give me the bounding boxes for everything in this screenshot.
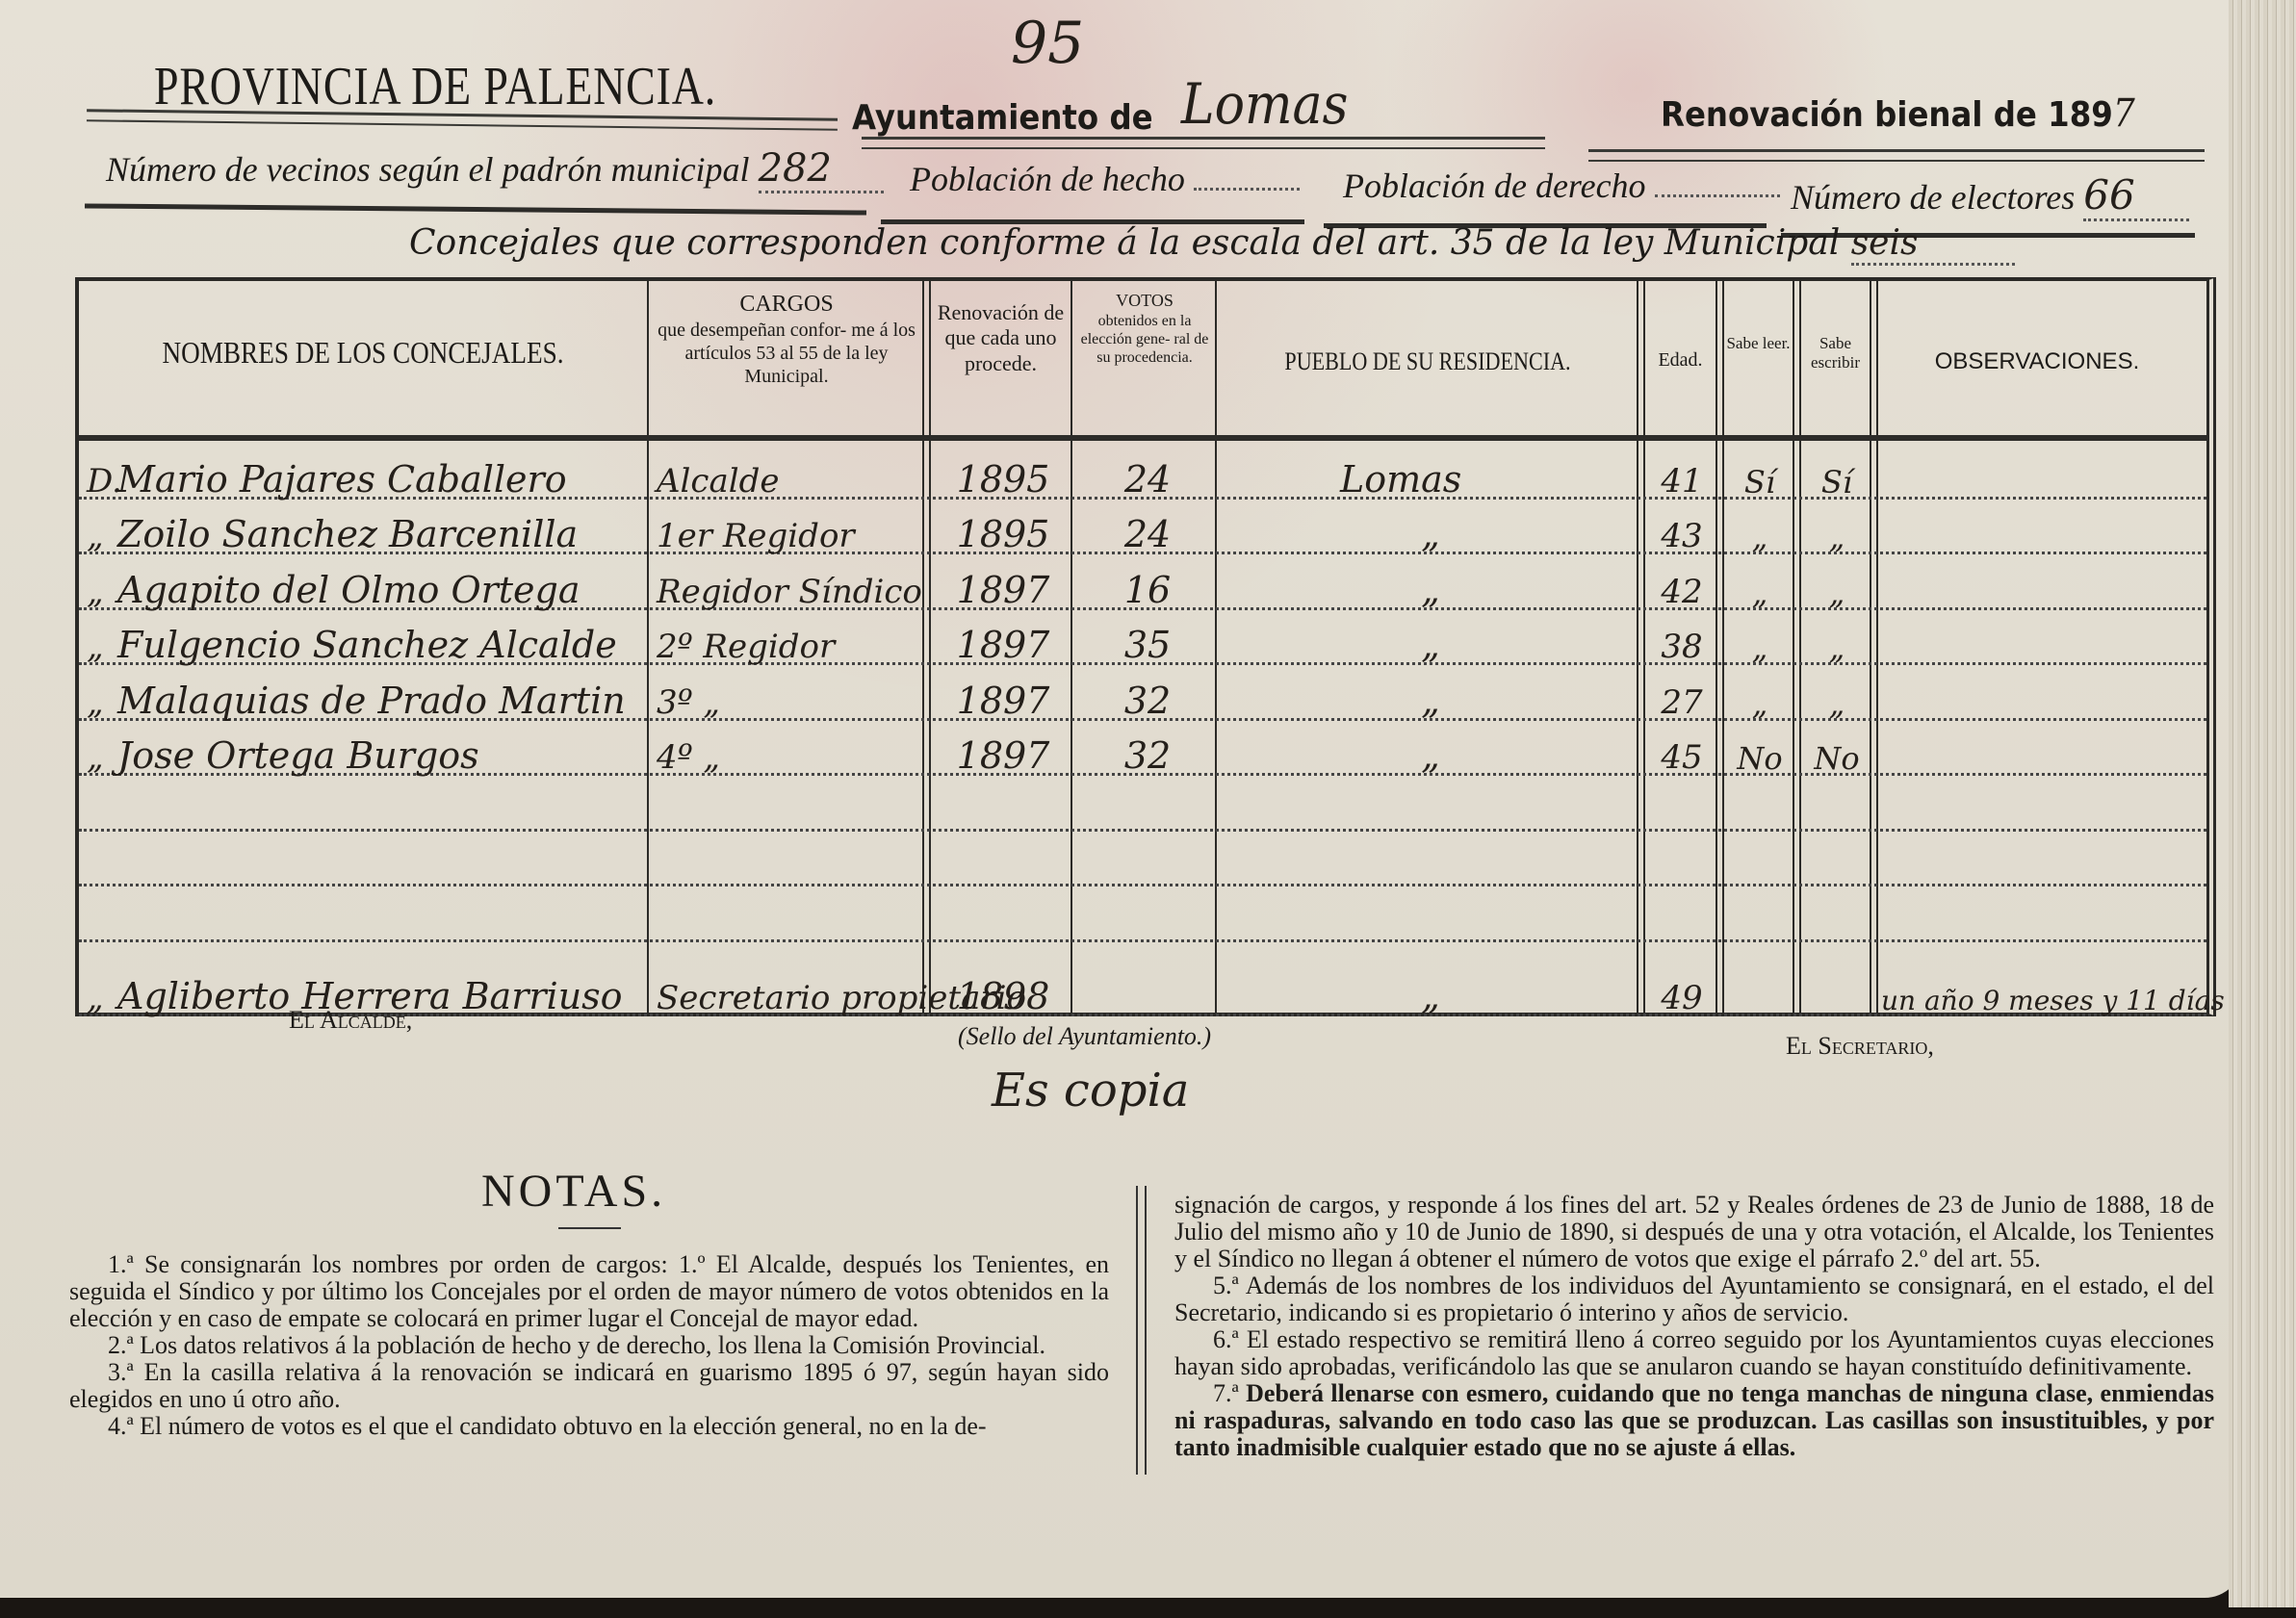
- column-header-nombres: NOMBRES DE LOS CONCEJALES.: [121, 334, 605, 371]
- table-cell-votos: 16: [1080, 569, 1215, 611]
- table-cell-edad: 45: [1648, 738, 1716, 777]
- note-1: 1.ª Se consignarán los nombres por orden…: [69, 1251, 1109, 1332]
- table-cell-cargo: 3º „: [657, 683, 922, 722]
- table-cell-votos: 24: [1080, 513, 1215, 555]
- table-cell-renovacion: 1895: [936, 513, 1071, 555]
- table-cell-edad: 42: [1648, 573, 1716, 611]
- sello-label: (Sello del Ayuntamiento.): [958, 1022, 1211, 1051]
- table-cell-renovacion: 1895: [936, 458, 1071, 501]
- table-cell-pueblo: „: [1225, 680, 1637, 722]
- table-cell-cargo: Secretario propietario: [657, 979, 922, 1017]
- book-page-edges: [2229, 0, 2296, 1607]
- electores-value: 66: [2083, 171, 2189, 221]
- table-cell-nombre: Mario Pajares Caballero: [117, 458, 647, 501]
- table-cell-edad: 41: [1648, 462, 1716, 501]
- table-cell-renovacion: 1897: [936, 569, 1071, 611]
- renovacion-label: Renovación bienal de 189: [1661, 95, 2113, 135]
- notes-column-divider: [1136, 1186, 1147, 1475]
- notes-right-column: signación de cargos, y responde á los fi…: [1174, 1192, 2214, 1461]
- note-7: Deberá llenarse con esmero, cuidando que…: [1174, 1379, 2214, 1461]
- cargos-title: CARGOS: [651, 291, 922, 319]
- table-cell-votos: 32: [1080, 680, 1215, 722]
- vecinos-value: 282: [759, 146, 884, 193]
- table-cell-renovacion: 1897: [936, 734, 1071, 777]
- header-rule: [862, 137, 1545, 149]
- concejales-table: NOMBRES DE LOS CONCEJALES. CARGOS que de…: [75, 277, 2216, 1016]
- table-cell-escribir: „: [1804, 685, 1870, 722]
- table-row-line: [79, 939, 2206, 942]
- note-4-continuation: signación de cargos, y responde á los fi…: [1174, 1192, 2214, 1272]
- vecinos-label: Número de vecinos según el padrón munici…: [106, 150, 750, 189]
- poblacion-derecho-label: Población de derecho: [1343, 167, 1646, 205]
- table-cell-renovacion: 1897: [936, 680, 1071, 722]
- table-cell-cargo: 1er Regidor: [657, 517, 922, 555]
- alcalde-signature-label: El Alcalde,: [289, 1006, 412, 1035]
- table-cell-leer: No: [1727, 740, 1793, 777]
- table-cell-escribir: „: [1804, 629, 1870, 666]
- table-cell-pueblo: „: [1225, 569, 1637, 611]
- concejales-value: seis: [1851, 223, 2015, 266]
- table-cell-renovacion: 1898: [936, 975, 1071, 1017]
- column-header-sabe-escribir: Sabe escribir: [1801, 334, 1870, 373]
- note-2: 2.ª Los datos relativos á la población d…: [69, 1332, 1109, 1359]
- votos-subtitle: obtenidos en la elección gene- ral de su…: [1074, 312, 1215, 368]
- table-cell-pueblo: „: [1225, 975, 1637, 1017]
- table-cell-escribir: Sí: [1804, 464, 1870, 501]
- header-rule: [85, 203, 866, 215]
- table-cell-cargo: Alcalde: [657, 462, 922, 501]
- table-cell-nombre: Jose Ortega Burgos: [117, 734, 647, 777]
- column-header-sabe-leer: Sabe leer.: [1724, 334, 1793, 353]
- column-header-renovacion: Renovación de que cada uno procede.: [931, 300, 1071, 376]
- table-cell-edad: 49: [1648, 979, 1716, 1017]
- header-rule: [1588, 149, 2205, 162]
- table-cell-cargo: 2º Regidor: [657, 628, 922, 666]
- table-cell-votos: 35: [1080, 624, 1215, 666]
- table-cell-pueblo: „: [1225, 513, 1637, 555]
- table-cell-escribir: „: [1804, 575, 1870, 611]
- table-cell-nombre: Zoilo Sanchez Barcenilla: [117, 513, 647, 555]
- electores-label: Número de electores: [1791, 178, 2075, 217]
- votos-title: VOTOS: [1074, 291, 1215, 312]
- note-3: 3.ª En la casilla relativa á la renovaci…: [69, 1359, 1109, 1413]
- cargos-subtitle: que desempeñan confor- me á los artículo…: [651, 319, 922, 388]
- table-cell-nombre: Fulgencio Sanchez Alcalde: [117, 624, 647, 666]
- notes-title-rule: [558, 1227, 621, 1229]
- ayuntamiento-value: Lomas: [1164, 71, 1510, 140]
- table-cell-nombre: Malaquias de Prado Martin: [117, 680, 647, 722]
- table-cell-edad: 43: [1648, 517, 1716, 555]
- document-number: 95: [1011, 10, 1084, 77]
- note-5: 5.ª Además de los nombres de los individ…: [1174, 1272, 2214, 1326]
- table-row-line: [79, 884, 2206, 886]
- table-cell-leer: „: [1727, 685, 1793, 722]
- table-cell-pueblo: „: [1225, 624, 1637, 666]
- table-cell-renovacion: 1897: [936, 624, 1071, 666]
- poblacion-derecho-value: [1655, 171, 1780, 197]
- table-cell-escribir: No: [1804, 740, 1870, 777]
- column-header-votos: VOTOS obtenidos en la elección gene- ral…: [1074, 291, 1215, 367]
- header-separator: [79, 435, 2206, 441]
- table-cell-leer: Sí: [1727, 464, 1793, 501]
- table-cell-votos: 24: [1080, 458, 1215, 501]
- poblacion-hecho-value: [1194, 165, 1300, 191]
- table-cell-escribir: „: [1804, 519, 1870, 555]
- note-4: 4.ª El número de votos es el que el cand…: [69, 1413, 1109, 1440]
- table-cell-edad: 27: [1648, 683, 1716, 722]
- es-copia-annotation: Es copia: [992, 1064, 1189, 1117]
- document-page: PROVINCIA DE PALENCIA. 95 Ayuntamiento d…: [0, 0, 2243, 1598]
- notes-title: NOTAS.: [481, 1165, 666, 1218]
- note-7-number: 7.ª: [1213, 1379, 1239, 1407]
- column-header-pueblo: PUEBLO DE SU RESIDENCIA.: [1251, 347, 1606, 376]
- poblacion-hecho-label: Población de hecho: [910, 160, 1185, 198]
- table-cell-cargo: Regidor Síndico: [657, 573, 922, 611]
- table-cell-nombre: Agapito del Olmo Ortega: [117, 569, 647, 611]
- column-header-cargos: CARGOS que desempeñan confor- me á los a…: [651, 291, 922, 388]
- notes-left-column: 1.ª Se consignarán los nombres por orden…: [69, 1251, 1109, 1440]
- table-cell-leer: „: [1727, 575, 1793, 611]
- table-cell-cargo: 4º „: [657, 738, 922, 777]
- secretario-signature-label: El Secretario,: [1786, 1032, 1934, 1061]
- table-cell-votos: 32: [1080, 734, 1215, 777]
- column-header-edad: Edad.: [1645, 348, 1716, 372]
- ayuntamiento-label: Ayuntamiento de: [852, 98, 1153, 138]
- province-title: PROVINCIA DE PALENCIA.: [154, 56, 716, 117]
- note-6: 6.ª El estado respectivo se remitirá lle…: [1174, 1326, 2214, 1380]
- concejales-label: Concejales que corresponden conforme á l…: [409, 223, 1840, 263]
- column-header-observaciones: OBSERVACIONES.: [1878, 348, 2196, 376]
- table-cell-edad: 38: [1648, 628, 1716, 666]
- table-cell-leer: „: [1727, 519, 1793, 555]
- table-cell-leer: „: [1727, 629, 1793, 666]
- table-cell-pueblo: „: [1225, 734, 1637, 777]
- renovacion-value: 7: [2113, 91, 2135, 136]
- table-row-line: [79, 829, 2206, 832]
- table-cell-obs: un año 9 meses y 11 días: [1881, 985, 2199, 1016]
